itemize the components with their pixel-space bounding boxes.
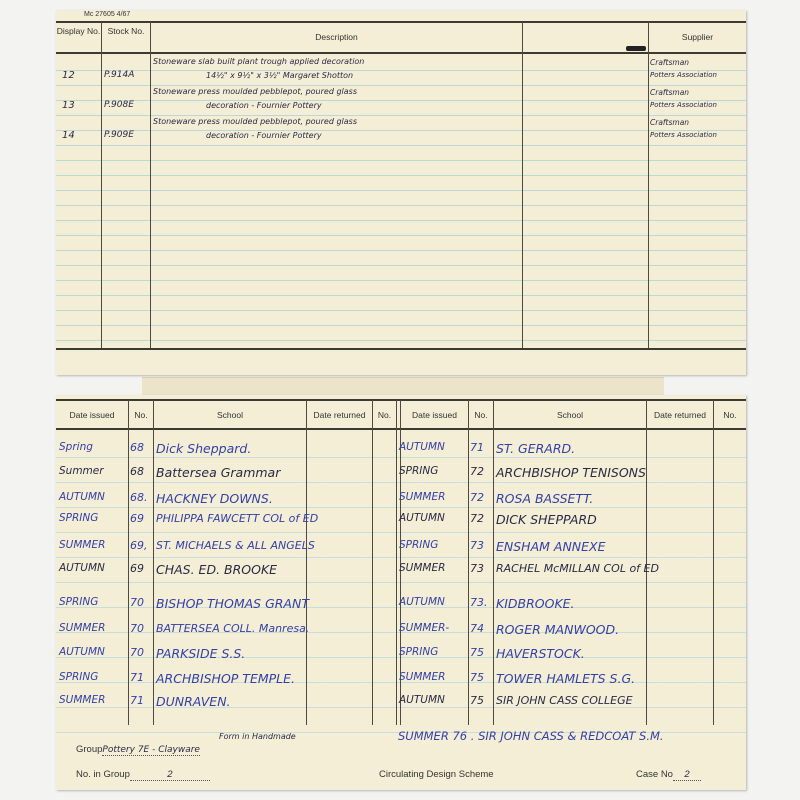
header-school: School bbox=[154, 410, 306, 420]
overflow-entry: SUMMER 76 . SIR JOHN CASS & REDCOAT S.M. bbox=[398, 729, 664, 743]
date-issued: Summer bbox=[59, 465, 104, 477]
school-name: ENSHAM ANNEXE bbox=[496, 539, 606, 554]
scheme-title: Circulating Design Scheme bbox=[379, 769, 494, 780]
no-in-group-label: No. in Group bbox=[76, 769, 130, 780]
column-divider bbox=[522, 22, 523, 348]
header-supplier: Supplier bbox=[649, 32, 746, 42]
case-no-label: Case No bbox=[636, 769, 673, 780]
date-issued: SUMMER bbox=[399, 491, 445, 503]
header-display-no: Display No. bbox=[56, 26, 101, 36]
date-issued: SUMMER bbox=[59, 622, 105, 634]
issue-no: 70 bbox=[130, 646, 144, 659]
school-name: DICK SHEPPARD bbox=[496, 512, 597, 527]
issue-no: 70 bbox=[130, 622, 144, 635]
school-name: PARKSIDE S.S. bbox=[156, 646, 245, 661]
school-name: ST. GERARD. bbox=[496, 441, 575, 456]
supplier-line: Craftsman bbox=[650, 118, 689, 127]
date-issued: SPRING bbox=[399, 465, 438, 477]
display-no: 13 bbox=[62, 100, 75, 111]
date-issued: Spring bbox=[59, 441, 93, 453]
date-issued: AUTUMN bbox=[399, 596, 445, 608]
header-description: Description bbox=[151, 32, 522, 42]
no-in-group-field: No. in Group2 bbox=[76, 769, 210, 781]
issue-no: 73. bbox=[470, 596, 488, 609]
column-divider bbox=[153, 400, 154, 725]
description-line: Stoneware press moulded pebblepot, poure… bbox=[153, 117, 357, 126]
header-date-returned: Date returned bbox=[307, 410, 372, 420]
issue-no: 71 bbox=[130, 671, 144, 684]
supplier-line: Craftsman bbox=[650, 58, 689, 67]
column-divider bbox=[128, 400, 129, 725]
school-name: ST. MICHAELS & ALL ANGELS bbox=[156, 539, 315, 552]
school-name: TOWER HAMLETS S.G. bbox=[496, 671, 635, 686]
issue-no: 68 bbox=[130, 465, 144, 478]
supplier-line: Potters Association bbox=[650, 131, 717, 139]
issue-no: 72 bbox=[470, 491, 484, 504]
date-issued: SUMMER bbox=[59, 539, 105, 551]
issue-no: 70 bbox=[130, 596, 144, 609]
case-no-value: 2 bbox=[673, 769, 701, 781]
header-date-issued: Date issued bbox=[56, 410, 128, 420]
header-school-2: School bbox=[494, 410, 646, 420]
ruled-lines bbox=[56, 56, 746, 350]
school-name: ARCHBISHOP TENISONS bbox=[496, 465, 646, 480]
no-in-group-value: 2 bbox=[130, 769, 210, 781]
column-divider bbox=[493, 400, 494, 725]
issue-no: 71 bbox=[470, 441, 484, 454]
group-field: GroupPottery 7E - Clayware bbox=[76, 744, 200, 756]
supplier-line: Potters Association bbox=[650, 71, 717, 79]
date-issued: SPRING bbox=[59, 512, 98, 524]
column-divider bbox=[648, 22, 649, 348]
date-issued: SPRING bbox=[59, 596, 98, 608]
date-issued: AUTUMN bbox=[399, 512, 445, 524]
redacted-header bbox=[626, 46, 646, 51]
header-date-issued-2: Date issued bbox=[401, 410, 468, 420]
date-issued: AUTUMN bbox=[59, 646, 105, 658]
issue-no: 69, bbox=[130, 539, 148, 552]
date-issued: SPRING bbox=[399, 646, 438, 658]
school-name: KIDBROOKE. bbox=[496, 596, 575, 611]
column-divider bbox=[150, 22, 151, 348]
school-name: ROSA BASSETT. bbox=[496, 491, 593, 506]
header-stock-no: Stock No. bbox=[102, 26, 150, 36]
date-issued: AUTUMN bbox=[59, 491, 105, 503]
issue-no: 72 bbox=[470, 512, 484, 525]
group-annotation: Form in Handmade bbox=[219, 732, 296, 741]
school-name: CHAS. ED. BROOKE bbox=[156, 562, 277, 577]
description-line: decoration - Fournier Pottery bbox=[206, 131, 322, 140]
issue-no: 73 bbox=[470, 539, 484, 552]
date-issued: SPRING bbox=[399, 539, 438, 551]
school-name: HAVERSTOCK. bbox=[496, 646, 585, 661]
group-value: Pottery 7E - Clayware bbox=[102, 745, 200, 756]
header-no-2: No. bbox=[469, 410, 493, 420]
school-name: PHILIPPA FAWCETT COL of ED bbox=[156, 512, 318, 525]
header-no-returned-2: No. bbox=[714, 410, 746, 420]
date-issued: AUTUMN bbox=[399, 694, 445, 706]
issue-no: 71 bbox=[130, 694, 144, 707]
date-issued: SUMMER bbox=[399, 562, 445, 574]
school-name: ROGER MANWOOD. bbox=[496, 622, 619, 637]
issue-no: 75 bbox=[470, 646, 484, 659]
school-name: Dick Sheppard. bbox=[156, 441, 251, 456]
date-issued: SPRING bbox=[59, 671, 98, 683]
issue-no: 75 bbox=[470, 671, 484, 684]
form-code: Mc 27605 4/67 bbox=[84, 11, 130, 18]
stock-no: P.908E bbox=[104, 100, 134, 110]
issue-no: 74 bbox=[470, 622, 484, 635]
issue-no: 69 bbox=[130, 562, 144, 575]
date-issued: AUTUMN bbox=[399, 441, 445, 453]
issue-no: 72 bbox=[470, 465, 484, 478]
school-name: BATTERSEA COLL. Manresa. bbox=[156, 622, 309, 635]
supplier-line: Potters Association bbox=[650, 101, 717, 109]
item-list-card: Mc 27605 4/67 Display No. Stock No. Desc… bbox=[56, 10, 746, 375]
issue-no: 69 bbox=[130, 512, 144, 525]
issue-no: 68 bbox=[130, 441, 144, 454]
issue-no: 73 bbox=[470, 562, 484, 575]
group-label: Group bbox=[76, 744, 102, 755]
supplier-line: Craftsman bbox=[650, 88, 689, 97]
date-issued: SUMMER bbox=[399, 671, 445, 683]
top-rule bbox=[56, 21, 746, 23]
date-issued: SUMMER bbox=[59, 694, 105, 706]
school-name: SIR JOHN CASS COLLEGE bbox=[496, 694, 633, 707]
school-name: Battersea Grammar bbox=[156, 465, 280, 480]
school-name: HACKNEY DOWNS. bbox=[156, 491, 273, 506]
header-rule bbox=[56, 52, 746, 54]
top-rule bbox=[56, 399, 746, 401]
column-divider bbox=[396, 400, 397, 725]
description-line: Stoneware slab built plant trough applie… bbox=[153, 57, 364, 66]
date-issued: AUTUMN bbox=[59, 562, 105, 574]
circulation-record-card: Date issued No. School Date returned No.… bbox=[56, 395, 746, 790]
column-divider bbox=[372, 400, 373, 725]
column-divider bbox=[101, 22, 102, 348]
school-name: BISHOP THOMAS GRANT bbox=[156, 596, 309, 611]
card-hinge bbox=[142, 377, 664, 397]
school-name: ARCHBISHOP TEMPLE. bbox=[156, 671, 295, 686]
header-rule bbox=[56, 428, 746, 430]
header-no-returned: No. bbox=[373, 410, 396, 420]
description-line: Stoneware press moulded pebblepot, poure… bbox=[153, 87, 357, 96]
column-divider bbox=[306, 400, 307, 725]
date-issued: SUMMER- bbox=[399, 622, 449, 634]
header-no: No. bbox=[129, 410, 153, 420]
column-divider bbox=[713, 400, 714, 725]
stock-no: P.909E bbox=[104, 130, 134, 140]
stock-no: P.914A bbox=[104, 70, 134, 80]
school-name: RACHEL McMILLAN COL of ED bbox=[496, 562, 659, 575]
display-no: 14 bbox=[62, 130, 75, 141]
case-no-field: Case No2 bbox=[636, 769, 701, 781]
issue-no: 68. bbox=[130, 491, 148, 504]
display-no: 12 bbox=[62, 70, 75, 81]
description-line: decoration - Fournier Pottery bbox=[206, 101, 322, 110]
column-divider bbox=[468, 400, 469, 725]
issue-no: 75 bbox=[470, 694, 484, 707]
bottom-rule bbox=[56, 348, 746, 350]
school-name: DUNRAVEN. bbox=[156, 694, 231, 709]
header-date-returned-2: Date returned bbox=[647, 410, 713, 420]
description-line: 14½" x 9½" x 3½" Margaret Shotton bbox=[206, 71, 353, 80]
